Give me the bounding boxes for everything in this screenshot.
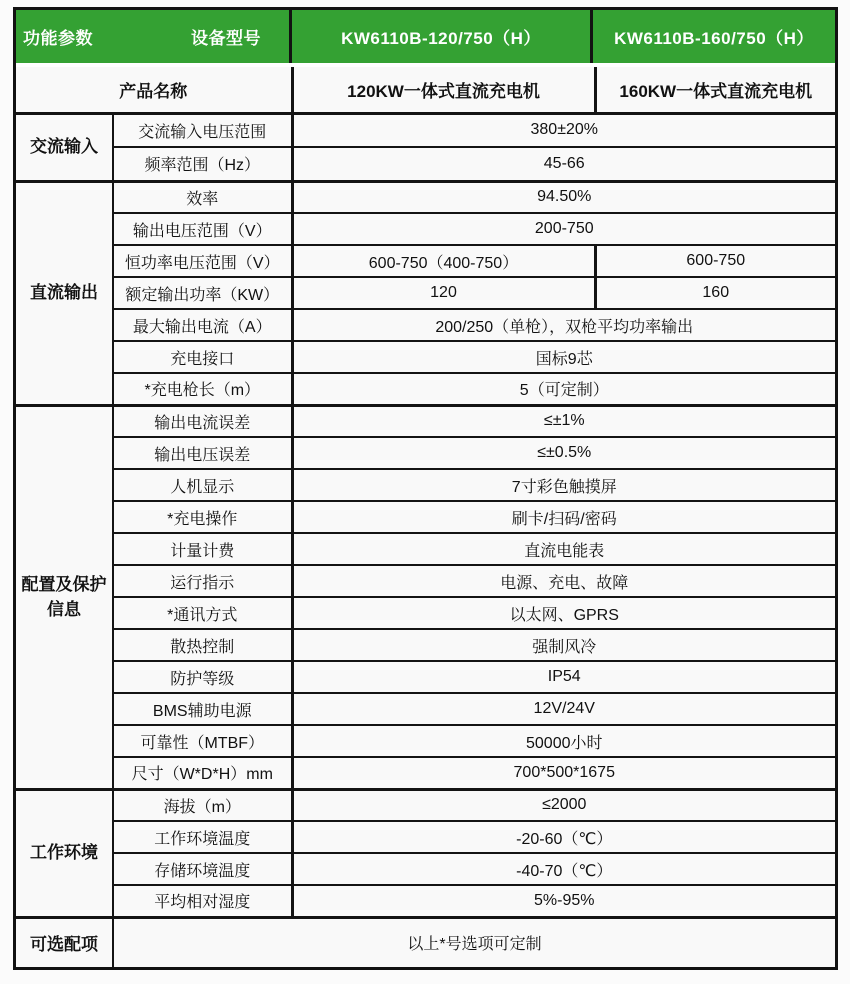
table-row: 运行指示 电源、充电、故障 — [16, 565, 835, 597]
param-cell: 频率范围（Hz） — [113, 147, 292, 181]
value-cell: 5%-95% — [292, 885, 835, 917]
table-row: 输出电压误差 ≤±0.5% — [16, 437, 835, 469]
table-row: 存储环境温度 -40-70（℃） — [16, 853, 835, 885]
value-cell: 电源、充电、故障 — [292, 565, 835, 597]
table-row: 交流输入 交流输入电压范围 380±20% — [16, 113, 835, 147]
param-cell: *充电操作 — [113, 501, 292, 533]
value-cell: -20-60（℃） — [292, 821, 835, 853]
param-cell: 计量计费 — [113, 533, 292, 565]
value-cell: 94.50% — [292, 181, 835, 213]
value-cell-b: 600-750 — [595, 245, 835, 277]
value-cell: -40-70（℃） — [292, 853, 835, 885]
table-row: 工作环境温度 -20-60（℃） — [16, 821, 835, 853]
value-cell-a: 120 — [292, 277, 595, 309]
table-row: 输出电压范围（V） 200-750 — [16, 213, 835, 245]
param-cell: 输出电压误差 — [113, 437, 292, 469]
param-cell: 防护等级 — [113, 661, 292, 693]
table-row: 防护等级 IP54 — [16, 661, 835, 693]
param-cell: 恒功率电压范围（V） — [113, 245, 292, 277]
value-cell: 50000小时 — [292, 725, 835, 757]
table-row: 额定输出功率（KW） 120 160 — [16, 277, 835, 309]
param-cell: 平均相对湿度 — [113, 885, 292, 917]
table-row: 计量计费 直流电能表 — [16, 533, 835, 565]
header-corner-cell: 功能参数 设备型号 — [16, 10, 292, 63]
spec-body-table: 产品名称 120KW一体式直流充电机 160KW一体式直流充电机 交流输入 交流… — [16, 67, 835, 967]
value-cell: ≤±1% — [292, 405, 835, 437]
value-cell: 200/250（单枪），双枪平均功率输出 — [292, 309, 835, 341]
table-row: 平均相对湿度 5%-95% — [16, 885, 835, 917]
param-cell: 人机显示 — [113, 469, 292, 501]
table-row: 人机显示 7寸彩色触摸屏 — [16, 469, 835, 501]
header-model-b: KW6110B-160/750（H） — [593, 10, 835, 63]
product-name-b: 160KW一体式直流充电机 — [595, 67, 835, 113]
value-cell: 200-750 — [292, 213, 835, 245]
param-cell: 尺寸（W*D*H）mm — [113, 757, 292, 789]
section-label-dc-output: 直流输出 — [16, 181, 113, 405]
value-cell: ≤2000 — [292, 789, 835, 821]
value-cell: 强制风冷 — [292, 629, 835, 661]
param-cell: 交流输入电压范围 — [113, 113, 292, 147]
param-cell: 存储环境温度 — [113, 853, 292, 885]
product-name-a: 120KW一体式直流充电机 — [292, 67, 595, 113]
value-cell: 国标9芯 — [292, 341, 835, 373]
value-cell: 刷卡/扫码/密码 — [292, 501, 835, 533]
table-row: 充电接口 国标9芯 — [16, 341, 835, 373]
param-cell: 效率 — [113, 181, 292, 213]
value-cell-a: 600-750（400-750） — [292, 245, 595, 277]
value-cell: 700*500*1675 — [292, 757, 835, 789]
table-row: 最大输出电流（A） 200/250（单枪），双枪平均功率输出 — [16, 309, 835, 341]
table-row: 直流输出 效率 94.50% — [16, 181, 835, 213]
value-cell: ≤±0.5% — [292, 437, 835, 469]
table-row: *充电操作 刷卡/扫码/密码 — [16, 501, 835, 533]
optional-items-value: 以上*号选项可定制 — [113, 917, 835, 967]
value-cell: 380±20% — [292, 113, 835, 147]
table-row: 工作环境 海拔（m） ≤2000 — [16, 789, 835, 821]
value-cell: 直流电能表 — [292, 533, 835, 565]
header-param-label: 功能参数 — [23, 24, 93, 49]
param-cell: 散热控制 — [113, 629, 292, 661]
value-cell: 5（可定制） — [292, 373, 835, 405]
param-cell: 输出电流误差 — [113, 405, 292, 437]
spec-table: 功能参数 设备型号 KW6110B-120/750（H） KW6110B-160… — [13, 7, 838, 970]
param-cell: *充电枪长（m） — [113, 373, 292, 405]
param-cell: 输出电压范围（V） — [113, 213, 292, 245]
param-cell: 运行指示 — [113, 565, 292, 597]
table-row: *通讯方式 以太网、GPRS — [16, 597, 835, 629]
param-cell: *通讯方式 — [113, 597, 292, 629]
optional-items-label: 可选配项 — [16, 917, 113, 967]
section-label-environment: 工作环境 — [16, 789, 113, 917]
param-cell: BMS辅助电源 — [113, 693, 292, 725]
table-row: 频率范围（Hz） 45-66 — [16, 147, 835, 181]
param-cell: 工作环境温度 — [113, 821, 292, 853]
table-row: 尺寸（W*D*H）mm 700*500*1675 — [16, 757, 835, 789]
header-model-label: 设备型号 — [191, 24, 261, 49]
value-cell: 45-66 — [292, 147, 835, 181]
param-cell: 可靠性（MTBF） — [113, 725, 292, 757]
table-header-row: 功能参数 设备型号 KW6110B-120/750（H） KW6110B-160… — [16, 10, 835, 63]
table-row: 可靠性（MTBF） 50000小时 — [16, 725, 835, 757]
param-cell: 充电接口 — [113, 341, 292, 373]
value-cell: 以太网、GPRS — [292, 597, 835, 629]
value-cell: 12V/24V — [292, 693, 835, 725]
table-row: BMS辅助电源 12V/24V — [16, 693, 835, 725]
param-cell: 海拔（m） — [113, 789, 292, 821]
header-model-a: KW6110B-120/750（H） — [292, 10, 593, 63]
table-row: 散热控制 强制风冷 — [16, 629, 835, 661]
product-name-row: 产品名称 120KW一体式直流充电机 160KW一体式直流充电机 — [16, 67, 835, 113]
value-cell: 7寸彩色触摸屏 — [292, 469, 835, 501]
table-row: *充电枪长（m） 5（可定制） — [16, 373, 835, 405]
optional-items-row: 可选配项 以上*号选项可定制 — [16, 917, 835, 967]
param-cell: 最大输出电流（A） — [113, 309, 292, 341]
product-name-label: 产品名称 — [16, 67, 292, 113]
table-row: 恒功率电压范围（V） 600-750（400-750） 600-750 — [16, 245, 835, 277]
section-label-ac-input: 交流输入 — [16, 113, 113, 181]
table-row: 配置及保护信息 输出电流误差 ≤±1% — [16, 405, 835, 437]
param-cell: 额定输出功率（KW） — [113, 277, 292, 309]
value-cell-b: 160 — [595, 277, 835, 309]
section-label-config: 配置及保护信息 — [16, 405, 113, 789]
value-cell: IP54 — [292, 661, 835, 693]
